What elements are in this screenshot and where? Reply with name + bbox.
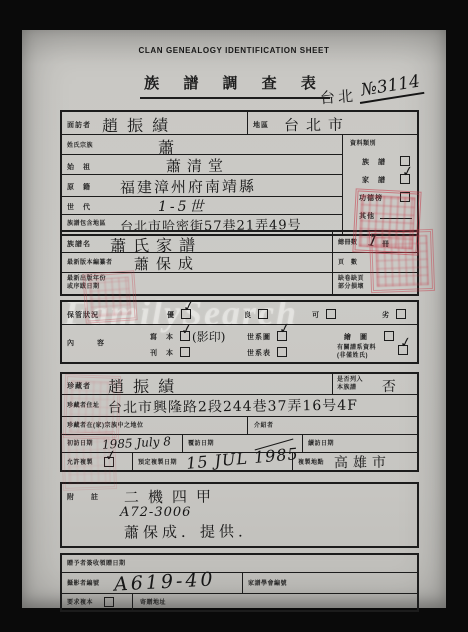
photographer-number-label: 攝影者編號 xyxy=(67,580,100,588)
red-seal-stamp-faint xyxy=(82,270,137,324)
listed-label-line2: 本族譜 xyxy=(337,384,357,392)
divider xyxy=(247,416,248,434)
copy-date-label: 預定複製日期 xyxy=(138,459,177,467)
surname-clan-label: 姓氏宗族 xyxy=(67,142,93,150)
divider xyxy=(342,134,343,234)
lineage-chart-label: 世系圖 xyxy=(247,332,271,342)
red-seal-stamp xyxy=(369,229,435,293)
family-genealogy-option-label: 家 譜 xyxy=(362,175,386,185)
condition-fair-label: 可 xyxy=(312,310,320,320)
keeper-address-value: 台北市興隆路2段244巷37弄16号4F xyxy=(108,395,358,418)
printed-edition-checkbox[interactable] xyxy=(180,347,190,357)
copy-date-value: 15 JUL 1985 xyxy=(185,444,299,473)
notes-line2: A72-3006 xyxy=(120,505,191,520)
divider xyxy=(302,434,303,452)
followup-label: 續訪日期 xyxy=(308,440,334,448)
divider xyxy=(242,572,243,593)
society-number-label: 家譜學會編號 xyxy=(248,580,287,588)
content-label: 內 容 xyxy=(67,338,112,348)
introducer-label: 介紹者 xyxy=(254,422,274,430)
photocopy-note: (影印) xyxy=(192,328,226,345)
red-seal-stamp-faint xyxy=(63,374,121,440)
illustration-label: 繪 圖 xyxy=(344,332,368,342)
generations-label: 世 代 xyxy=(67,202,91,212)
red-seal-stamp-faint xyxy=(61,431,117,491)
divider xyxy=(182,434,183,452)
related-records-label: 有關譜系資料 xyxy=(337,344,376,352)
condition-excellent-checkmark xyxy=(182,298,196,316)
generations-value: 1-5世 xyxy=(158,196,207,216)
manuscript-label: 寫 本 xyxy=(150,332,174,342)
listed-label-line1: 是否列入 xyxy=(337,376,363,384)
serial-prefix-handwriting: 台北 xyxy=(319,85,356,108)
processing-table: 贈予者簽收領贈日期 攝影者編號 A619-40 家譜學會編號 要求複本 寄贈地址 xyxy=(60,553,419,612)
page-title: 族 譜 調 查 表 xyxy=(140,72,330,99)
lineage-chart-checkmark xyxy=(278,320,292,338)
condition-poor-label: 劣 xyxy=(382,310,390,320)
region-value: 台北市 xyxy=(284,114,350,136)
photographer-number-value: A619-40 xyxy=(113,568,216,595)
founder-label: 始 祖 xyxy=(67,162,91,172)
genealogy-name-label: 族譜名 xyxy=(67,239,91,249)
region-label: 地區 xyxy=(253,120,269,130)
condition-good-label: 良 xyxy=(244,310,252,320)
notes-label: 附 註 xyxy=(67,492,103,502)
interviewer-value: 趙振績 xyxy=(102,113,177,137)
listed-value: 否 xyxy=(382,376,396,396)
condition-fair-checkbox[interactable] xyxy=(326,309,336,319)
donor-receipt-label: 贈予者簽收領贈日期 xyxy=(67,560,126,568)
divider xyxy=(132,593,133,610)
coverage-area-label: 族譜包含地區 xyxy=(67,220,106,228)
serial-number-handwriting: №3114 xyxy=(357,71,425,104)
divider xyxy=(62,324,417,325)
copy-place-value: 高雄市 xyxy=(334,452,391,473)
english-title: CLAN GENEALOGY IDENTIFICATION SHEET xyxy=(22,46,446,55)
illustration-checkbox[interactable] xyxy=(384,331,394,341)
notes-box: 附 註 二機四甲 A72-3006 蕭保成．提供. xyxy=(60,482,419,548)
page-count-label: 頁 數 xyxy=(338,259,358,267)
missing-pages-label-line2: 部分損壞 xyxy=(338,283,364,291)
request-copy-label: 要求複本 xyxy=(67,599,93,607)
origin-label: 原 籍 xyxy=(67,182,91,192)
mailing-address-label: 寄贈地址 xyxy=(140,599,166,607)
divider xyxy=(247,112,248,134)
notes-line3: 蕭保成．提供. xyxy=(124,520,247,542)
clan-genealogy-option-label: 族 譜 xyxy=(362,157,386,167)
condition-poor-checkbox[interactable] xyxy=(396,309,406,319)
printed-edition-label: 刊 本 xyxy=(150,348,174,358)
compiler-value: 蕭保成 xyxy=(134,253,200,275)
divider xyxy=(332,232,333,294)
family-genealogy-checkmark xyxy=(401,163,415,181)
condition-excellent-label: 優 xyxy=(167,310,175,320)
lineage-table-checkbox[interactable] xyxy=(277,347,287,357)
related-records-checkmark xyxy=(399,334,413,352)
request-copy-checkbox[interactable] xyxy=(104,597,114,607)
origin-value: 福建漳州府南靖縣 xyxy=(120,175,256,197)
form-paper: CLAN GENEALOGY IDENTIFICATION SHEET 族 譜 … xyxy=(22,30,446,608)
data-category-title: 資料類別 xyxy=(350,140,376,148)
revisit-label: 覆訪日期 xyxy=(188,440,214,448)
scanned-page: CLAN GENEALOGY IDENTIFICATION SHEET 族 譜 … xyxy=(0,0,468,632)
compiler-label: 最新版本編纂者 xyxy=(67,259,113,267)
divider xyxy=(332,374,333,394)
divider xyxy=(132,452,133,470)
lineage-table-label: 世系表 xyxy=(247,348,271,358)
condition-good-checkbox[interactable] xyxy=(258,309,268,319)
copy-place-label: 複製地點 xyxy=(298,459,324,467)
related-records-note: (非僅姓氏) xyxy=(337,352,368,360)
missing-pages-label-line1: 缺卷缺頁 xyxy=(338,275,364,283)
interviewer-label: 面訪者 xyxy=(67,120,91,130)
founder-value: 蕭清堂 xyxy=(166,155,229,177)
